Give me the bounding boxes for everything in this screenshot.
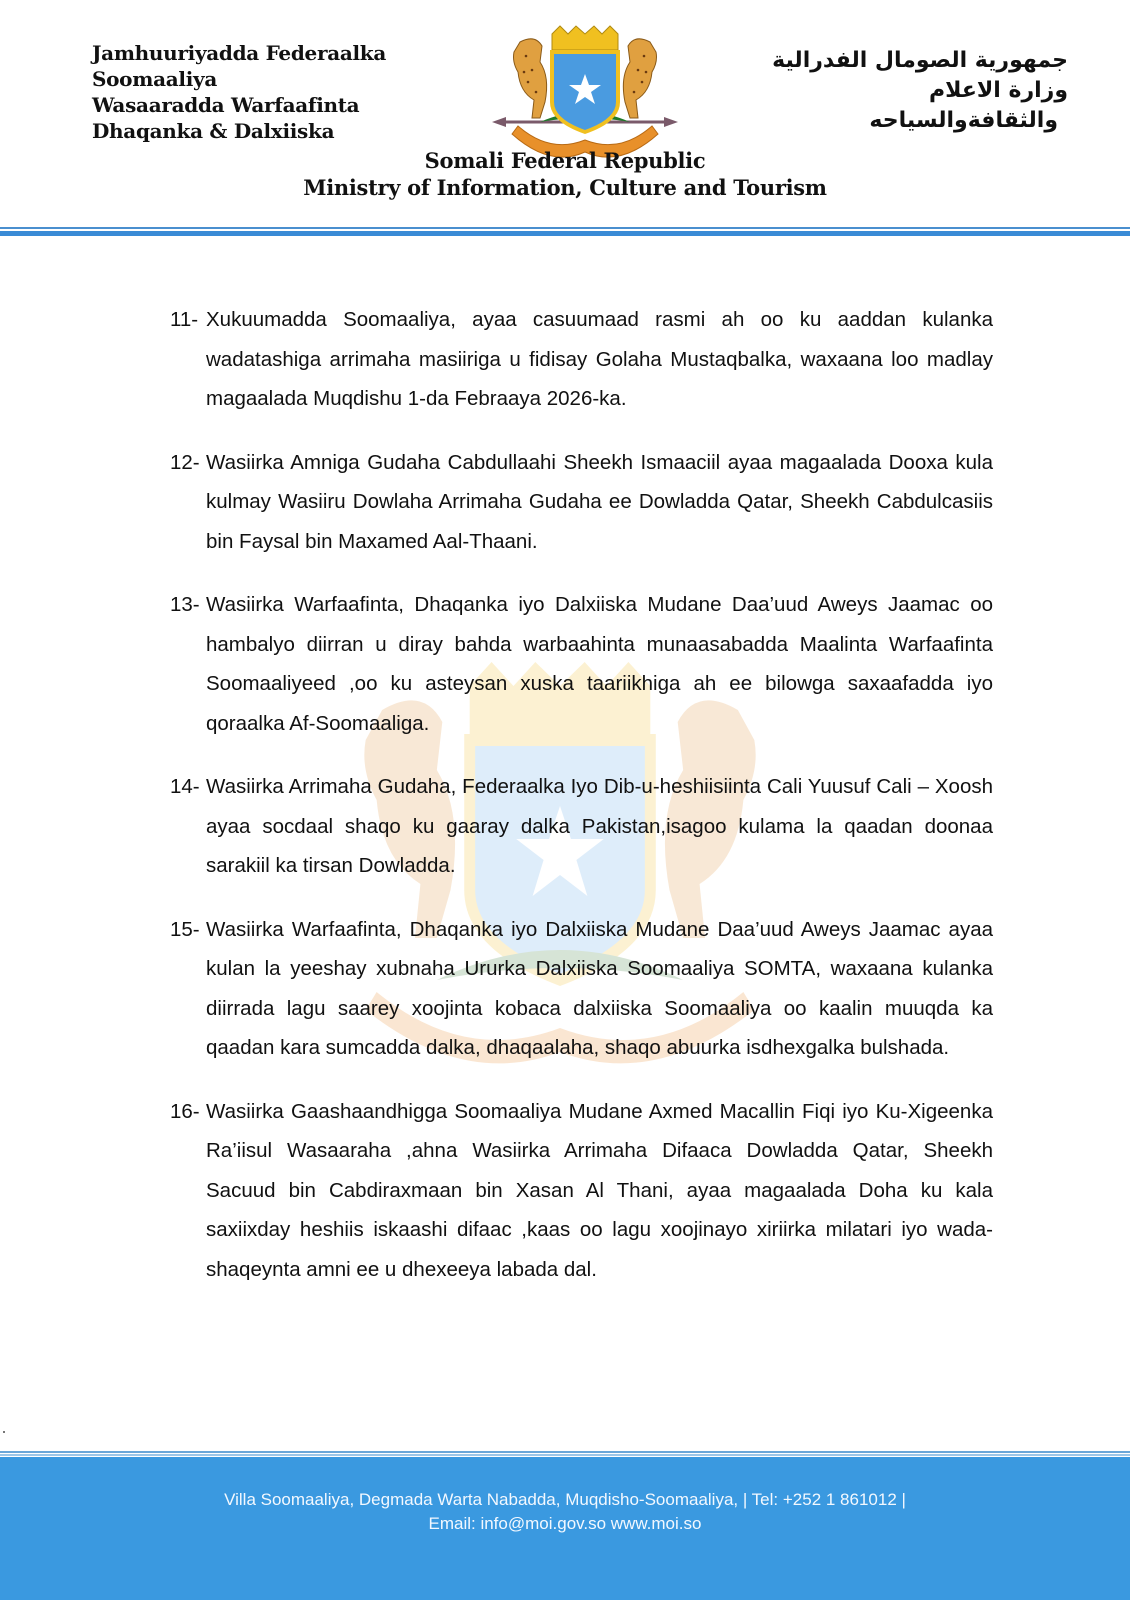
stray-mark	[3, 1431, 5, 1433]
list-item: 14- Wasiirka Arrimaha Gudaha, Federaalka…	[170, 767, 993, 886]
header-arabic-title: جمهورية الصومال الفدرالية وزارة الاعلام …	[772, 46, 1068, 136]
footer-address: Villa Soomaaliya, Degmada Warta Nabadda,…	[0, 1488, 1130, 1512]
item-number: 16-	[170, 1092, 206, 1290]
header-somali-title: Jamhuuriyadda Federaalka Soomaaliya Wasa…	[92, 40, 386, 144]
header-arabic-line: جمهورية الصومال الفدرالية	[772, 46, 1068, 76]
item-text: Xukuumadda Soomaaliya, ayaa casuumaad ra…	[206, 300, 993, 419]
item-text: Wasiirka Arrimaha Gudaha, Federaalka Iyo…	[206, 767, 993, 886]
news-list: 11- Xukuumadda Soomaaliya, ayaa casuumaa…	[170, 300, 993, 1313]
footer: Villa Soomaaliya, Degmada Warta Nabadda,…	[0, 1457, 1130, 1600]
header-somali-line: Wasaaradda Warfaafinta	[92, 92, 386, 118]
header-somali-line: Jamhuuriyadda Federaalka	[92, 40, 386, 66]
item-text: Wasiirka Warfaafinta, Dhaqanka iyo Dalxi…	[206, 910, 993, 1068]
item-number: 15-	[170, 910, 206, 1068]
item-number: 11-	[170, 300, 206, 419]
header-somali-line: Soomaaliya	[92, 66, 386, 92]
footer-contact: Email: info@moi.gov.so www.moi.so	[0, 1512, 1130, 1536]
coat-of-arms-icon	[490, 22, 680, 162]
item-number: 14-	[170, 767, 206, 886]
item-text: Wasiirka Gaashaandhigga Soomaaliya Mudan…	[206, 1092, 993, 1290]
header-arabic-line: وزارة الاعلام	[772, 76, 1068, 106]
header-divider	[0, 227, 1130, 236]
list-item: 13- Wasiirka Warfaafinta, Dhaqanka iyo D…	[170, 585, 993, 743]
header-somali-line: Dhaqanka & Dalxiiska	[92, 118, 386, 144]
item-number: 12-	[170, 443, 206, 562]
item-text: Wasiirka Warfaafinta, Dhaqanka iyo Dalxi…	[206, 585, 993, 743]
list-item: 11- Xukuumadda Soomaaliya, ayaa casuumaa…	[170, 300, 993, 419]
header-english-line: Ministry of Information, Culture and Tou…	[0, 174, 1130, 201]
list-item: 15- Wasiirka Warfaafinta, Dhaqanka iyo D…	[170, 910, 993, 1068]
list-item: 16- Wasiirka Gaashaandhigga Soomaaliya M…	[170, 1092, 993, 1290]
item-text: Wasiirka Amniga Gudaha Cabdullaahi Sheek…	[206, 443, 993, 562]
header-arabic-line: والثقافةوالسياحه	[772, 106, 1068, 136]
header-english-line: Somali Federal Republic	[0, 147, 1130, 174]
item-number: 13-	[170, 585, 206, 743]
list-item: 12- Wasiirka Amniga Gudaha Cabdullaahi S…	[170, 443, 993, 562]
header-english-title: Somali Federal Republic Ministry of Info…	[0, 147, 1130, 201]
